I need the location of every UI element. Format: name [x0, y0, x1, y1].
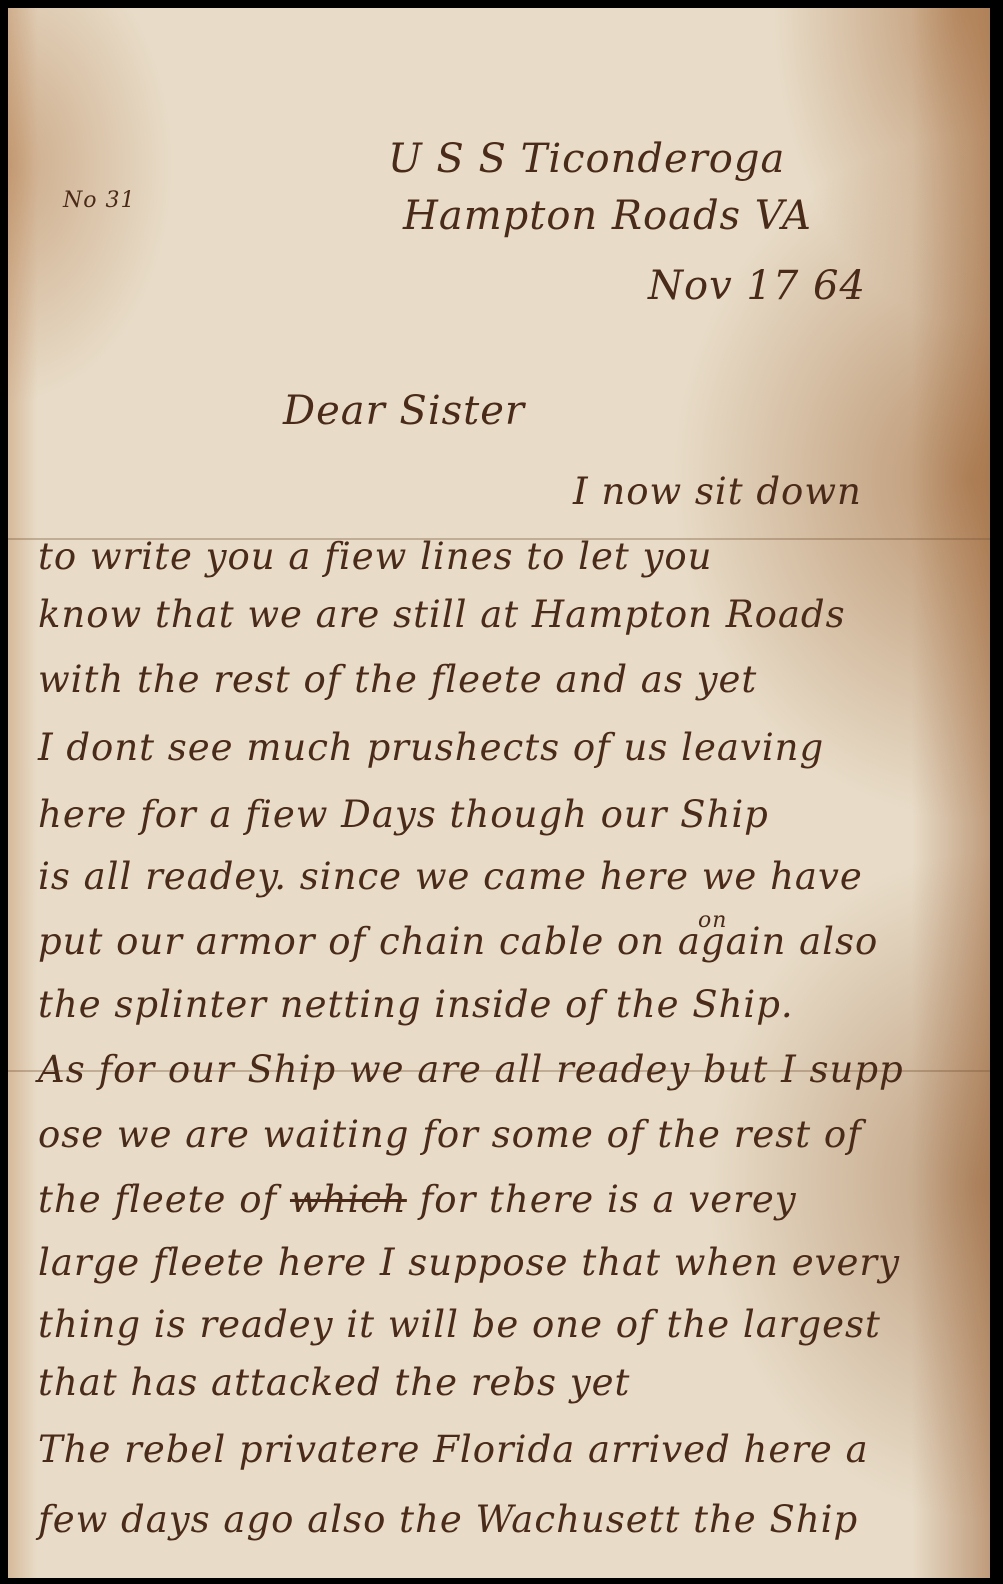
body-line: here for a fiew Days though our Ship [38, 793, 769, 836]
salutation: Dear Sister [283, 388, 525, 434]
body-line: I now sit down [573, 470, 862, 513]
body-line: As for our Ship we are all readey but I … [38, 1048, 904, 1091]
body-line: the splinter netting inside of the Ship. [38, 983, 794, 1026]
header-date: Nov 17 64 [648, 263, 866, 309]
body-line: the fleete of which for there is a verey [38, 1178, 797, 1221]
body-line: few days ago also the Wachusett the Ship [38, 1498, 858, 1541]
struck-word: which [290, 1178, 407, 1221]
body-line: to write you a fiew lines to let you [38, 535, 713, 578]
body-line: is all readey. since we came here we hav… [38, 855, 863, 898]
body-line: ose we are waiting for some of the rest … [38, 1113, 862, 1156]
body-line: The rebel privatere Florida arrived here… [38, 1428, 869, 1471]
line-text: for there is a verey [420, 1178, 797, 1221]
body-line: large fleete here I suppose that when ev… [38, 1241, 900, 1284]
line-text: the fleete of [38, 1178, 277, 1221]
body-line: know that we are still at Hampton Roads [38, 593, 846, 636]
body-line: thing is readey it will be one of the la… [38, 1303, 881, 1346]
body-line: I dont see much prushects of us leaving [38, 726, 824, 769]
letter-number: No 31 [63, 188, 135, 213]
header-ship: U S S Ticonderoga [388, 136, 785, 182]
body-line: that has attacked the rebs yet [38, 1361, 630, 1404]
header-location: Hampton Roads VA [403, 193, 812, 239]
letter-page: No 31 U S S Ticonderoga Hampton Roads VA… [8, 8, 990, 1578]
body-line: put our armor of chain cable on again al… [38, 920, 878, 963]
body-line: with the rest of the fleete and as yet [38, 658, 757, 701]
